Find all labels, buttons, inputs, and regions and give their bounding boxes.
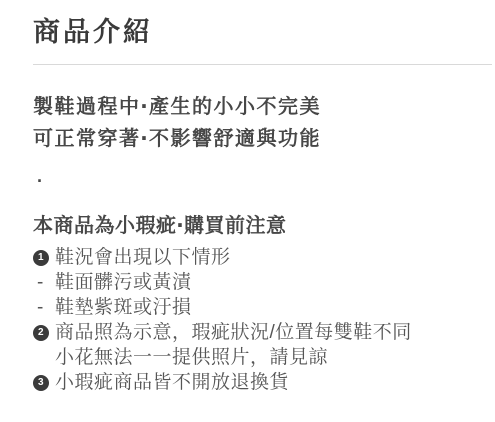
notice-item-5: 小花無法一一提供照片，請見諒 bbox=[33, 345, 492, 370]
product-description-section: 商品介紹 製鞋過程中‧產生的小小不完美 可正常穿著‧不影響舒適與功能 · 本商品… bbox=[0, 0, 495, 422]
intro-paragraph: 製鞋過程中‧產生的小小不完美 可正常穿著‧不影響舒適與功能 bbox=[33, 91, 492, 155]
notice-item-6: 3 小瑕疵商品皆不開放退換貨 bbox=[33, 370, 492, 395]
notice-item-text: 鞋面髒污或黃漬 bbox=[55, 270, 492, 295]
numbered-bullet-icon: 3 bbox=[33, 370, 55, 395]
notice-item-text: 小花無法一一提供照片，請見諒 bbox=[55, 345, 492, 370]
notice-heading: 本商品為小瑕疵‧購買前注意 bbox=[33, 214, 492, 238]
notice-item-text: 商品照為示意，瑕疵狀況/位置每雙鞋不同 bbox=[55, 320, 492, 345]
dash-marker: - bbox=[33, 295, 55, 320]
dash-marker: - bbox=[33, 270, 55, 295]
notice-item-3: - 鞋墊紫斑或汙損 bbox=[33, 295, 492, 320]
notice-item-text: 鞋況會出現以下情形 bbox=[55, 245, 492, 270]
page-title: 商品介紹 bbox=[33, 18, 492, 46]
intro-line-2: 可正常穿著‧不影響舒適與功能 bbox=[33, 128, 321, 150]
notice-item-2: - 鞋面髒污或黃漬 bbox=[33, 270, 492, 295]
empty-marker bbox=[33, 345, 55, 370]
notice-item-text: 鞋墊紫斑或汙損 bbox=[55, 295, 492, 320]
numbered-bullet-icon: 1 bbox=[33, 245, 55, 270]
notice-item-text: 小瑕疵商品皆不開放退換貨 bbox=[55, 370, 492, 395]
intro-line-1: 製鞋過程中‧產生的小小不完美 bbox=[33, 96, 321, 118]
spacer-dot: · bbox=[33, 169, 492, 194]
numbered-bullet-icon: 2 bbox=[33, 320, 55, 345]
notice-item-4: 2 商品照為示意，瑕疵狀況/位置每雙鞋不同 bbox=[33, 320, 492, 345]
title-divider bbox=[33, 64, 492, 65]
notice-item-1: 1 鞋況會出現以下情形 bbox=[33, 245, 492, 270]
notice-list: 1 鞋況會出現以下情形 - 鞋面髒污或黃漬 - 鞋墊紫斑或汙損 2 商品照為示意… bbox=[33, 245, 492, 395]
